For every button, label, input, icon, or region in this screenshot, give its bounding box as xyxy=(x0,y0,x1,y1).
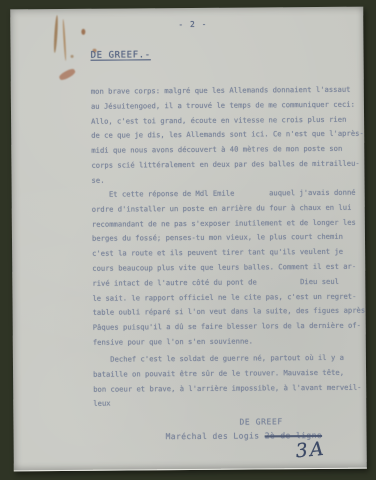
rust-stain xyxy=(81,29,85,35)
text-line: ordre d'installer un poste en arrière du… xyxy=(92,200,365,217)
text-line: au Jésuitengoed, il a trouvé le temps de… xyxy=(91,97,364,114)
paper-sheet: - 2 - DE GREEF.- mon brave corps: malgré… xyxy=(10,7,367,472)
text-line: leux xyxy=(93,395,361,412)
scan-background: { "colors":{ "background":"#2f3425", "pa… xyxy=(0,0,376,480)
rust-stain xyxy=(53,15,58,53)
paragraph: Dechef c'est le soldat de guerre né, par… xyxy=(93,351,362,412)
paragraph: Et cette réponse de Mdl Emile auquel j'a… xyxy=(92,186,366,351)
text-line: rivé intact de l'autre côté du pont de D… xyxy=(92,274,365,291)
text-line: bon coeur et brave, à l'arrière impossib… xyxy=(93,380,361,397)
signature-name: DE GREEF xyxy=(239,417,282,426)
text-line: Pâques puisqu'il a dû se faire blesser l… xyxy=(93,319,366,336)
rust-stain xyxy=(58,67,76,81)
rust-stain xyxy=(62,19,67,61)
text-line: fensive pour que l'on s'en souvienne. xyxy=(93,334,366,351)
handwritten-annotation: 3A xyxy=(295,438,327,463)
page-number: - 2 - xyxy=(178,20,207,29)
signature-rank-text: Maréchal des Logis xyxy=(166,431,265,441)
rust-stain xyxy=(71,55,74,58)
text-line: corps scié littéralement en deux par des… xyxy=(91,157,364,174)
text-line: bataille on pouvait être sûr de le trouv… xyxy=(93,365,361,382)
paragraph: mon brave corps: malgré que les Allemand… xyxy=(91,83,364,189)
section-title: DE GREEF.- xyxy=(91,50,151,60)
